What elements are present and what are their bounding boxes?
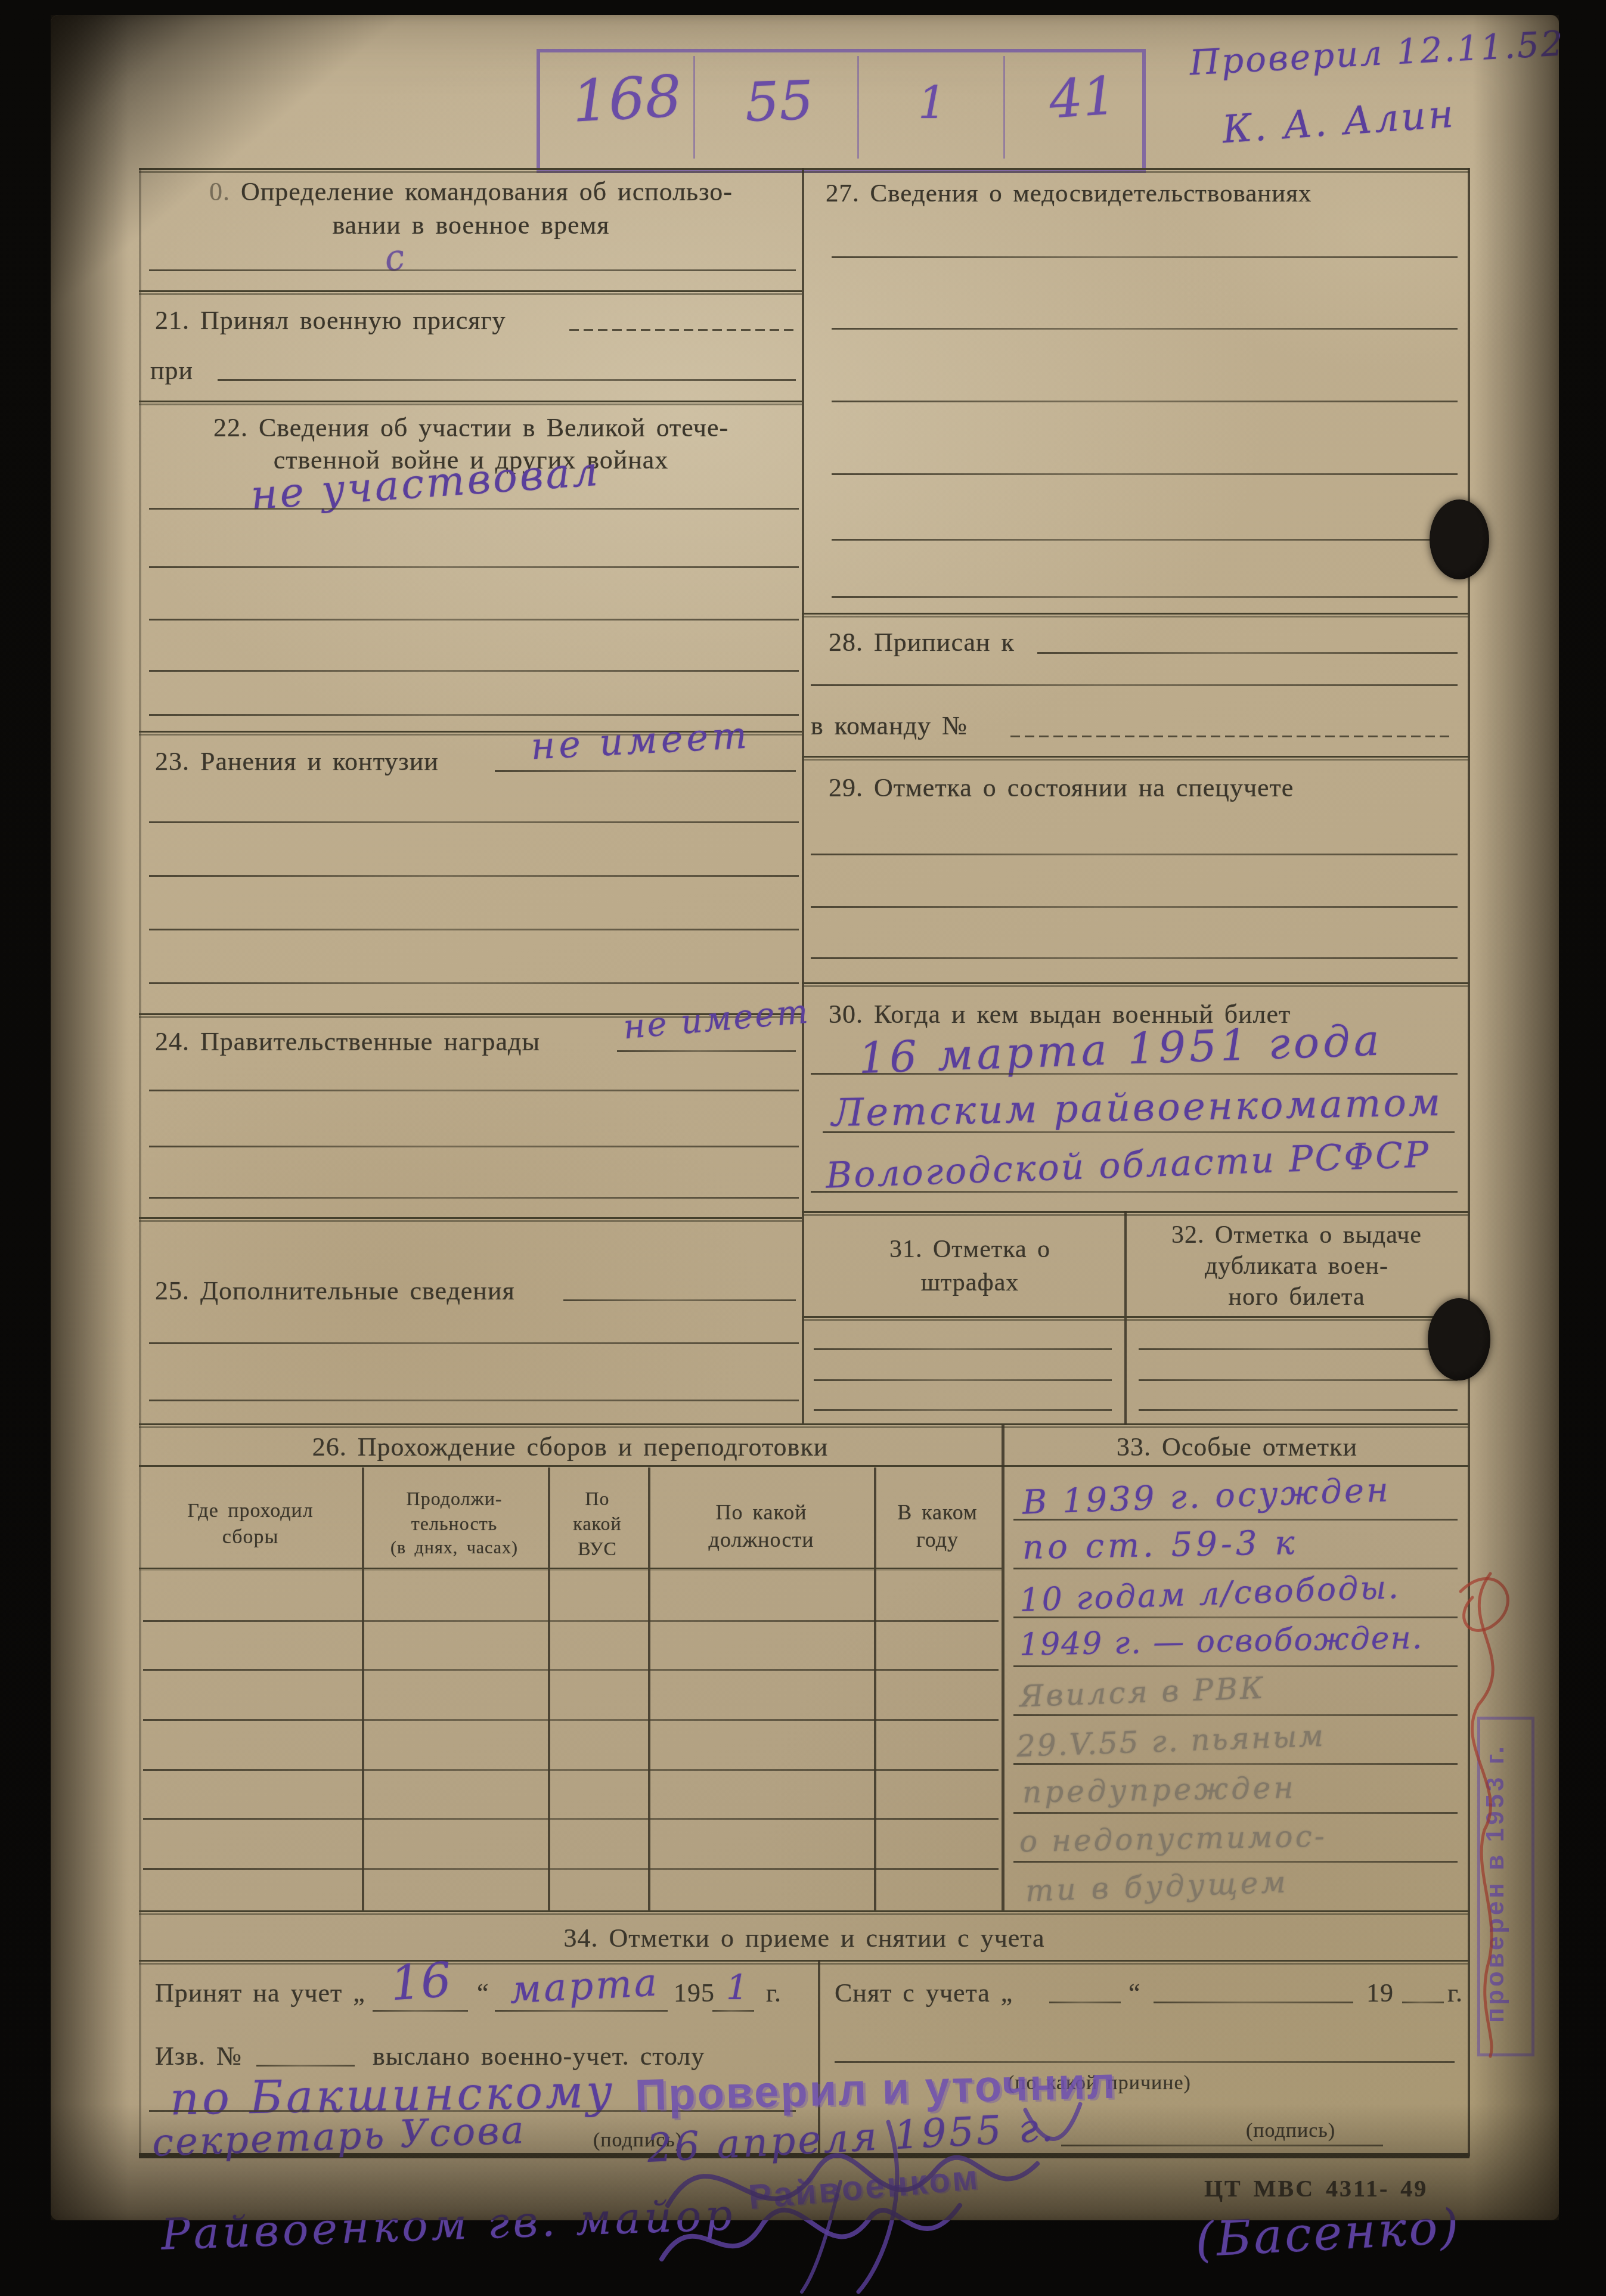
ruled-line	[1013, 1763, 1458, 1765]
izv-label: Изв. №	[155, 2041, 242, 2071]
fill-line	[563, 1299, 796, 1301]
table-header-col4b: должности	[651, 1527, 872, 1552]
table-col-divider	[362, 1467, 364, 1910]
accepted-g: г.	[766, 1978, 782, 2008]
surname-handwriting: (Басенко)	[1194, 2198, 1462, 2267]
table-header-col2a: Продолжи-	[365, 1488, 544, 1510]
section21-label: 21. Принял военную присягу	[155, 305, 506, 336]
section30-handwriting-3: Вологодской области РСФСР	[825, 1134, 1431, 1196]
section20-handwriting-mark: с	[382, 236, 407, 280]
verify-note-line1: Проверил 12.11.52	[1189, 23, 1566, 83]
ruled-line	[149, 982, 799, 984]
stamp-value-2: 55	[744, 69, 814, 134]
section24-handwriting: не имеет	[622, 992, 811, 1047]
ruled-line	[149, 1400, 799, 1401]
ruled-line	[1139, 1348, 1458, 1350]
fill-line	[1037, 652, 1458, 654]
section20-number: 0.	[209, 177, 230, 206]
section-divider	[802, 982, 1469, 987]
section29-title: 29. Отметка о состоянии на спецучете	[829, 772, 1294, 803]
ruled-line	[814, 1348, 1112, 1350]
section28-label2: в команду №	[811, 710, 968, 741]
section33-ink-line2: по ст. 59-3 к	[1022, 1524, 1298, 1567]
header-separator	[802, 1316, 1469, 1321]
removed-label: Снят с учета „	[835, 1978, 1013, 2008]
ruled-line	[814, 1409, 1112, 1411]
section33-ink-line1: В 1939 г. осужден	[1022, 1470, 1391, 1522]
ruled-line	[149, 670, 799, 672]
ruled-line	[149, 821, 799, 823]
table-row-line	[143, 1669, 999, 1671]
ruled-line	[1013, 1861, 1458, 1863]
section30-handwriting-2: Летским райвоенкоматом	[831, 1081, 1443, 1135]
section24-label: 24. Правительственные награды	[155, 1026, 540, 1057]
ruled-line	[832, 596, 1458, 598]
section34-title-underline	[139, 1960, 1469, 1965]
ruled-line	[811, 906, 1458, 908]
ruled-line	[149, 619, 799, 620]
removed-quote2: “	[1128, 1978, 1141, 2008]
accepted-quote2: “	[477, 1978, 489, 2008]
ruled-line	[1013, 1665, 1458, 1667]
fill-line	[218, 379, 796, 381]
section32-title-line1: 32. Отметка о выдаче	[1130, 1221, 1464, 1249]
ruled-line	[811, 684, 1458, 686]
section-divider	[802, 1211, 1469, 1216]
ruled-line	[1061, 2145, 1383, 2146]
ruled-line	[823, 1131, 1455, 1133]
section-divider	[802, 756, 1469, 761]
ruled-line	[1013, 1616, 1458, 1618]
section33-ink-line4: 1949 г. — освобожден.	[1019, 1620, 1424, 1663]
section23-label: 23. Ранения и контузии	[155, 746, 439, 777]
ruled-line	[832, 473, 1458, 475]
section20-title-line1: 0. Определение командования об использо-	[143, 176, 799, 207]
fill-line	[569, 329, 796, 331]
accepted-month-handwriting: марта	[509, 1960, 661, 2012]
section22-title-line1: 22. Сведения об участии в Великой отече-	[143, 412, 799, 443]
section33-ink-line3: 10 годам л/свободы.	[1019, 1568, 1400, 1619]
form-content: 168 55 1 41 Проверил 12.11.52 К. А. Алин…	[0, 0, 1606, 2296]
table-header-col3b: какой	[550, 1513, 645, 1535]
section32-title-line2: дубликата воен-	[1130, 1252, 1464, 1280]
ruled-line	[814, 1379, 1112, 1381]
removed-year-print: 19	[1366, 1978, 1394, 2008]
ruled-line	[149, 1197, 799, 1199]
ruled-line	[811, 1191, 1458, 1193]
section28-label: 28. Приписан к	[829, 627, 1015, 657]
table-header-col1a: Где проходил	[143, 1500, 358, 1522]
stamp-divider	[1003, 56, 1005, 159]
section23-handwriting: не имеет	[529, 713, 751, 768]
section26-title: 26. Прохождение сборов и переподготовки	[139, 1432, 1002, 1462]
section33-title: 33. Особые отметки	[1004, 1432, 1469, 1462]
ruled-line	[1013, 1812, 1458, 1814]
ruled-line	[149, 1342, 799, 1344]
accepted-day-handwriting: 16	[389, 1952, 453, 2012]
table-header-col2c: (в днях, часах)	[365, 1538, 544, 1558]
ruled-line	[832, 539, 1458, 541]
table-col-divider	[648, 1467, 650, 1910]
fill-line	[1049, 2002, 1121, 2003]
stamp-value-1: 168	[571, 63, 683, 135]
table-header-col4a: По какой	[651, 1500, 872, 1525]
ruled-line	[149, 875, 799, 877]
ruled-line	[1139, 1379, 1458, 1381]
section32-title-line3: ного билета	[1130, 1283, 1464, 1311]
center-divider	[802, 168, 804, 1425]
fill-line	[495, 770, 796, 772]
ruled-line	[1139, 1409, 1458, 1411]
section21-label2: при	[150, 355, 193, 386]
table-row-line	[143, 1868, 999, 1870]
table-header-col3a: По	[550, 1488, 645, 1510]
verify-note-line2: К. А. Алин	[1221, 92, 1457, 152]
table-top-border	[139, 1465, 1469, 1468]
print-code: ЦТ МВС 4311- 49	[1204, 2174, 1428, 2202]
ruled-line	[149, 929, 799, 930]
ruled-line	[149, 269, 796, 271]
fill-line	[1010, 736, 1452, 737]
section33-pencil-line3: предупрежден	[1022, 1770, 1297, 1810]
ruled-line	[811, 854, 1458, 855]
hole-punch-bottom	[1428, 1298, 1490, 1380]
fill-line	[712, 2010, 754, 2012]
section-divider	[139, 401, 802, 405]
fill-line	[1154, 2002, 1353, 2003]
fill-line	[256, 2065, 355, 2067]
table-header-col5b: году	[876, 1527, 999, 1552]
section-divider	[139, 1217, 802, 1222]
table-header-separator	[139, 1568, 1002, 1571]
ruled-line	[149, 1090, 799, 1091]
left-border	[139, 168, 141, 2157]
fill-line	[617, 1050, 796, 1052]
ruled-line	[811, 957, 1458, 959]
section20-title-line2: вании в военное время	[143, 210, 799, 240]
section31-title-line1: 31. Отметка о	[818, 1235, 1122, 1264]
ruled-line	[149, 566, 799, 568]
section33-pencil-line4: о недопустимос-	[1019, 1819, 1328, 1859]
ruled-line	[832, 328, 1458, 330]
section33-pencil-line2: 29.V.55 г. пьяным	[1016, 1718, 1326, 1764]
section33-pencil-line5: ти в будущем	[1025, 1864, 1289, 1908]
ruled-line	[1013, 1519, 1458, 1521]
section34-top-border	[139, 1910, 1469, 1915]
fill-line	[495, 2010, 668, 2012]
hole-punch-top	[1430, 499, 1489, 579]
ruled-line	[1013, 1714, 1458, 1716]
ruled-line	[149, 1146, 799, 1147]
accepted-year-print: 195	[674, 1978, 715, 2008]
scanned-military-card: 168 55 1 41 Проверил 12.11.52 К. А. Алин…	[0, 0, 1606, 2296]
table-row-line	[143, 1769, 999, 1771]
ruled-line	[811, 1073, 1458, 1075]
table-row-line	[143, 1719, 999, 1721]
table-header-col2b: тельность	[365, 1513, 544, 1535]
section25-label: 25. Дополнительные сведения	[155, 1276, 515, 1306]
table-row-line	[143, 1818, 999, 1820]
stamp-divider	[693, 56, 695, 159]
section33-left-border	[1002, 1425, 1004, 1910]
section-divider	[802, 613, 1469, 618]
table-row-line	[143, 1620, 999, 1622]
ruled-line	[832, 401, 1458, 402]
band-divider	[139, 1423, 1469, 1428]
fill-line	[373, 2010, 468, 2012]
podpis-label-right: (подпись)	[1246, 2120, 1335, 2142]
ruled-line	[832, 256, 1458, 258]
stamp-value-3: 1	[918, 77, 946, 129]
table-header-col3c: ВУС	[550, 1538, 645, 1560]
stamp-value-4: 41	[1047, 64, 1118, 131]
section33-pencil-line1: Явился в РВК	[1019, 1671, 1266, 1714]
accepted-label: Принят на учет „	[155, 1978, 365, 2008]
ruled-line	[149, 508, 799, 510]
form-top-border	[139, 168, 1469, 173]
table-header-col1b: сборы	[143, 1526, 358, 1549]
table-header-col5a: В каком	[876, 1500, 999, 1525]
section-divider	[139, 290, 802, 295]
accepted-year-handwriting: 1	[726, 1967, 748, 2008]
red-ink-scribble	[1419, 1550, 1562, 2062]
section31-title-line2: штрафах	[818, 1268, 1122, 1297]
section27-title: 27. Сведения о медосвидетельствованиях	[826, 179, 1312, 208]
stamp-divider	[857, 56, 859, 159]
section34-title: 34. Отметки о приеме и снятии с учета	[139, 1923, 1469, 1953]
signature-rank	[650, 2164, 972, 2295]
